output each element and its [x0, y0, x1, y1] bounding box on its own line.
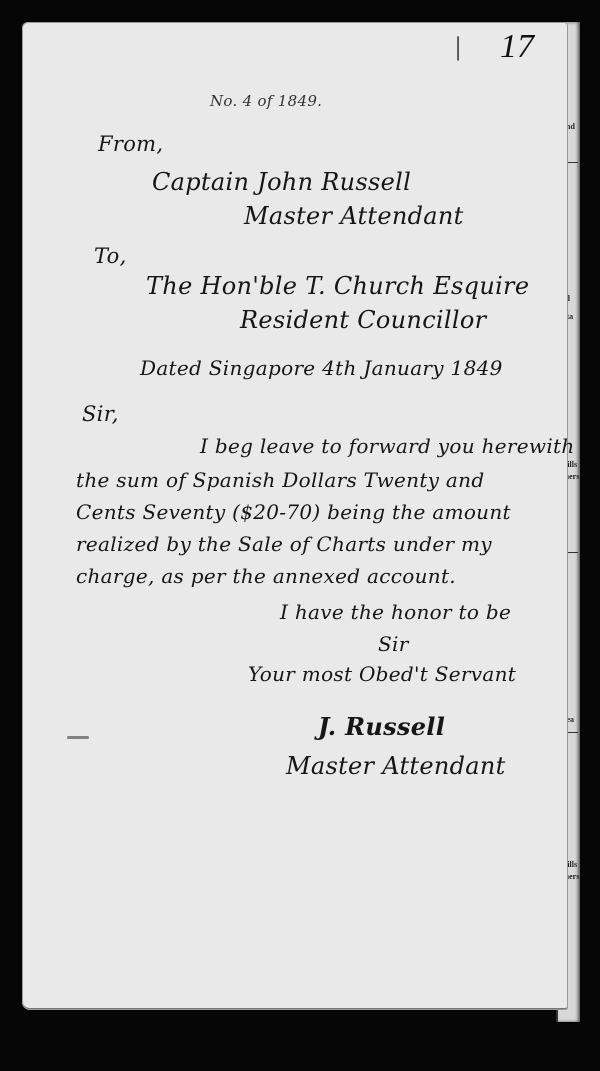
letter-page: | 17 No. 4 of 1849. From, Captain John R…: [22, 22, 568, 1010]
letter-reference: No. 4 of 1849.: [210, 92, 322, 110]
closing-servant: Your most Obed't Servant: [248, 662, 516, 686]
recipient-name: The Hon'ble T. Church Esquire: [146, 272, 529, 300]
body-line: Cents Seventy ($20-70) being the amount: [76, 500, 511, 524]
body-line: charge, as per the annexed account.: [76, 564, 456, 588]
sender-title: Master Attendant: [244, 202, 464, 230]
body-line: the sum of Spanish Dollars Twenty and: [76, 468, 484, 492]
folio-left-mark: |: [454, 32, 461, 62]
closing-line: I have the honor to be: [280, 600, 511, 624]
to-label: To,: [94, 244, 127, 268]
folio-number: 17: [500, 28, 534, 66]
closing-sir: Sir: [378, 632, 409, 656]
signature: J. Russell: [318, 712, 445, 741]
salutation: Sir,: [82, 402, 119, 426]
sender-name: Captain John Russell: [152, 168, 411, 196]
dateline: Dated Singapore 4th January 1849: [140, 356, 503, 380]
recipient-title: Resident Councillor: [240, 306, 486, 334]
from-label: From,: [98, 132, 163, 156]
body-line: realized by the Sale of Charts under my: [76, 532, 492, 556]
body-line: I beg leave to forward you herewith: [200, 434, 575, 458]
signature-title: Master Attendant: [286, 752, 506, 780]
ink-smudge: [67, 736, 89, 739]
